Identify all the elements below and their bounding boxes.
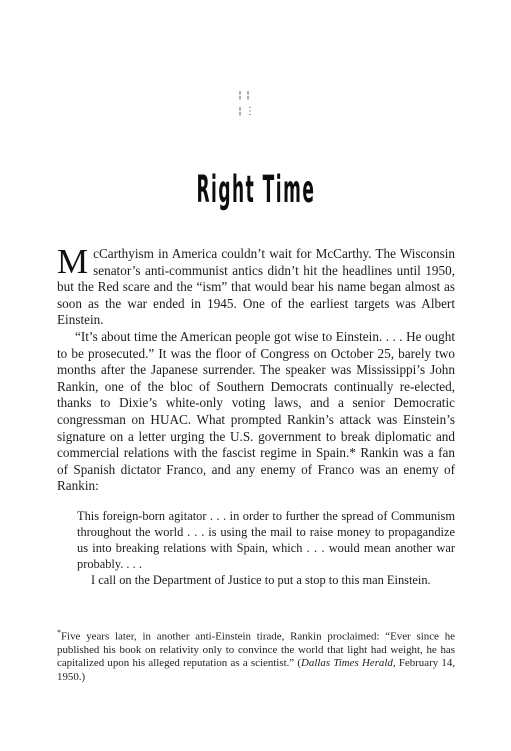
footnote-source-title: Dallas Times Herald xyxy=(301,657,393,669)
rankin-quote-paragraph-2: I call on the Department of Justice to p… xyxy=(77,573,455,589)
body-text: McCarthyism in America couldn’t wait for… xyxy=(57,246,455,684)
scan-artifact-marks: ¦¦ ¦⋮ xyxy=(237,88,257,119)
rankin-quote-paragraph-1: This foreign-born agitator . . . in orde… xyxy=(77,509,455,573)
second-paragraph: “It’s about time the American people got… xyxy=(57,329,455,495)
opening-paragraph-text: cCarthyism in America couldn’t wait for … xyxy=(57,246,455,327)
chapter-title: Right Time xyxy=(0,168,511,208)
drop-cap: M xyxy=(57,246,93,275)
chapter-title-text: Right Time xyxy=(196,168,315,212)
footnote: *Five years later, in another anti-Einst… xyxy=(57,626,455,683)
rankin-quote: This foreign-born agitator . . . in orde… xyxy=(77,509,455,589)
book-page: ¦¦ ¦⋮ Right Time McCarthyism in America … xyxy=(0,0,511,751)
opening-paragraph: McCarthyism in America couldn’t wait for… xyxy=(57,246,455,329)
